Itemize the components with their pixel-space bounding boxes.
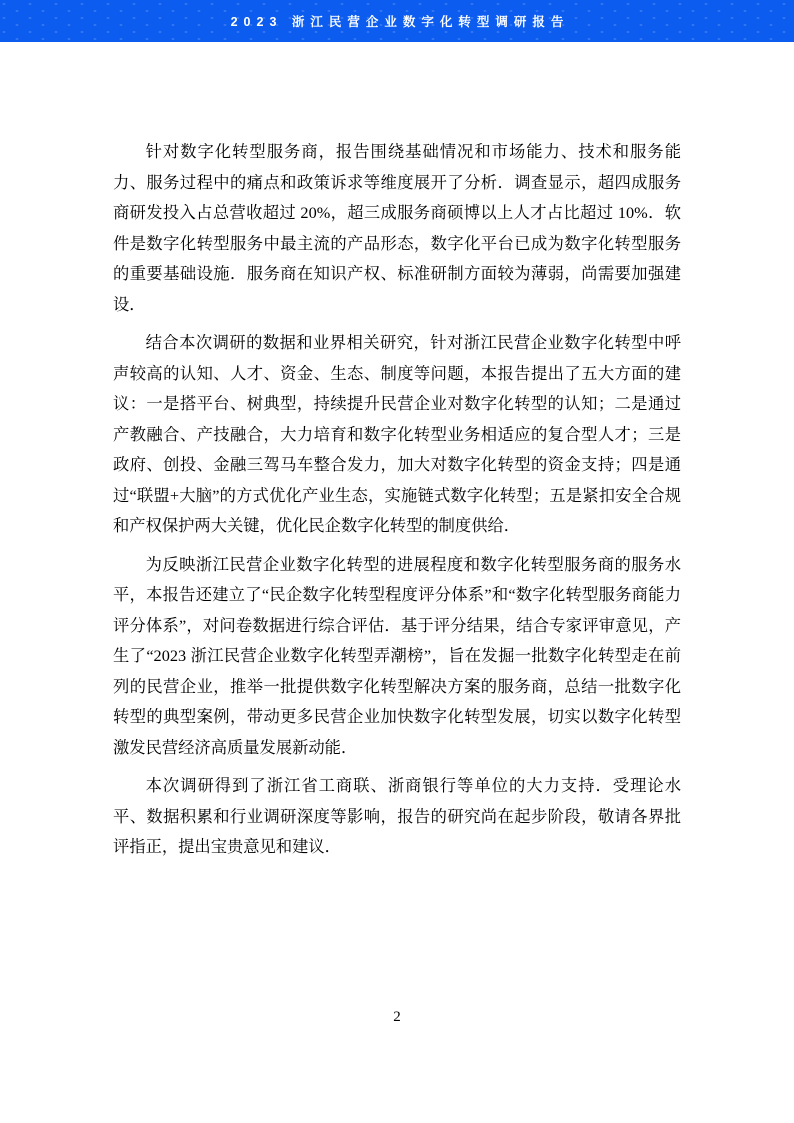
report-header-banner: 2023 浙江民营企业数字化转型调研报告 [0, 0, 794, 42]
document-page: 2023 浙江民营企业数字化转型调研报告 针对数字化转型服务商，报告围绕基础情况… [0, 0, 794, 1123]
page-body: 针对数字化转型服务商，报告围绕基础情况和市场能力、技术和服务能力、服务过程中的痛… [0, 42, 794, 871]
report-title: 2023 浙江民营企业数字化转型调研报告 [225, 12, 570, 30]
body-paragraph-1: 针对数字化转型服务商，报告围绕基础情况和市场能力、技术和服务能力、服务过程中的痛… [113, 137, 681, 320]
page-footer: 2 [0, 1008, 794, 1026]
body-paragraph-4: 本次调研得到了浙江省工商联、浙商银行等单位的大力支持．受理论水平、数据积累和行业… [113, 771, 681, 863]
page-number: 2 [393, 1009, 401, 1025]
body-paragraph-2: 结合本次调研的数据和业界相关研究，针对浙江民营企业数字化转型中呼声较高的认知、人… [113, 328, 681, 542]
body-paragraph-3: 为反映浙江民营企业数字化转型的进展程度和数字化转型服务商的服务水平，本报告还建立… [113, 550, 681, 764]
